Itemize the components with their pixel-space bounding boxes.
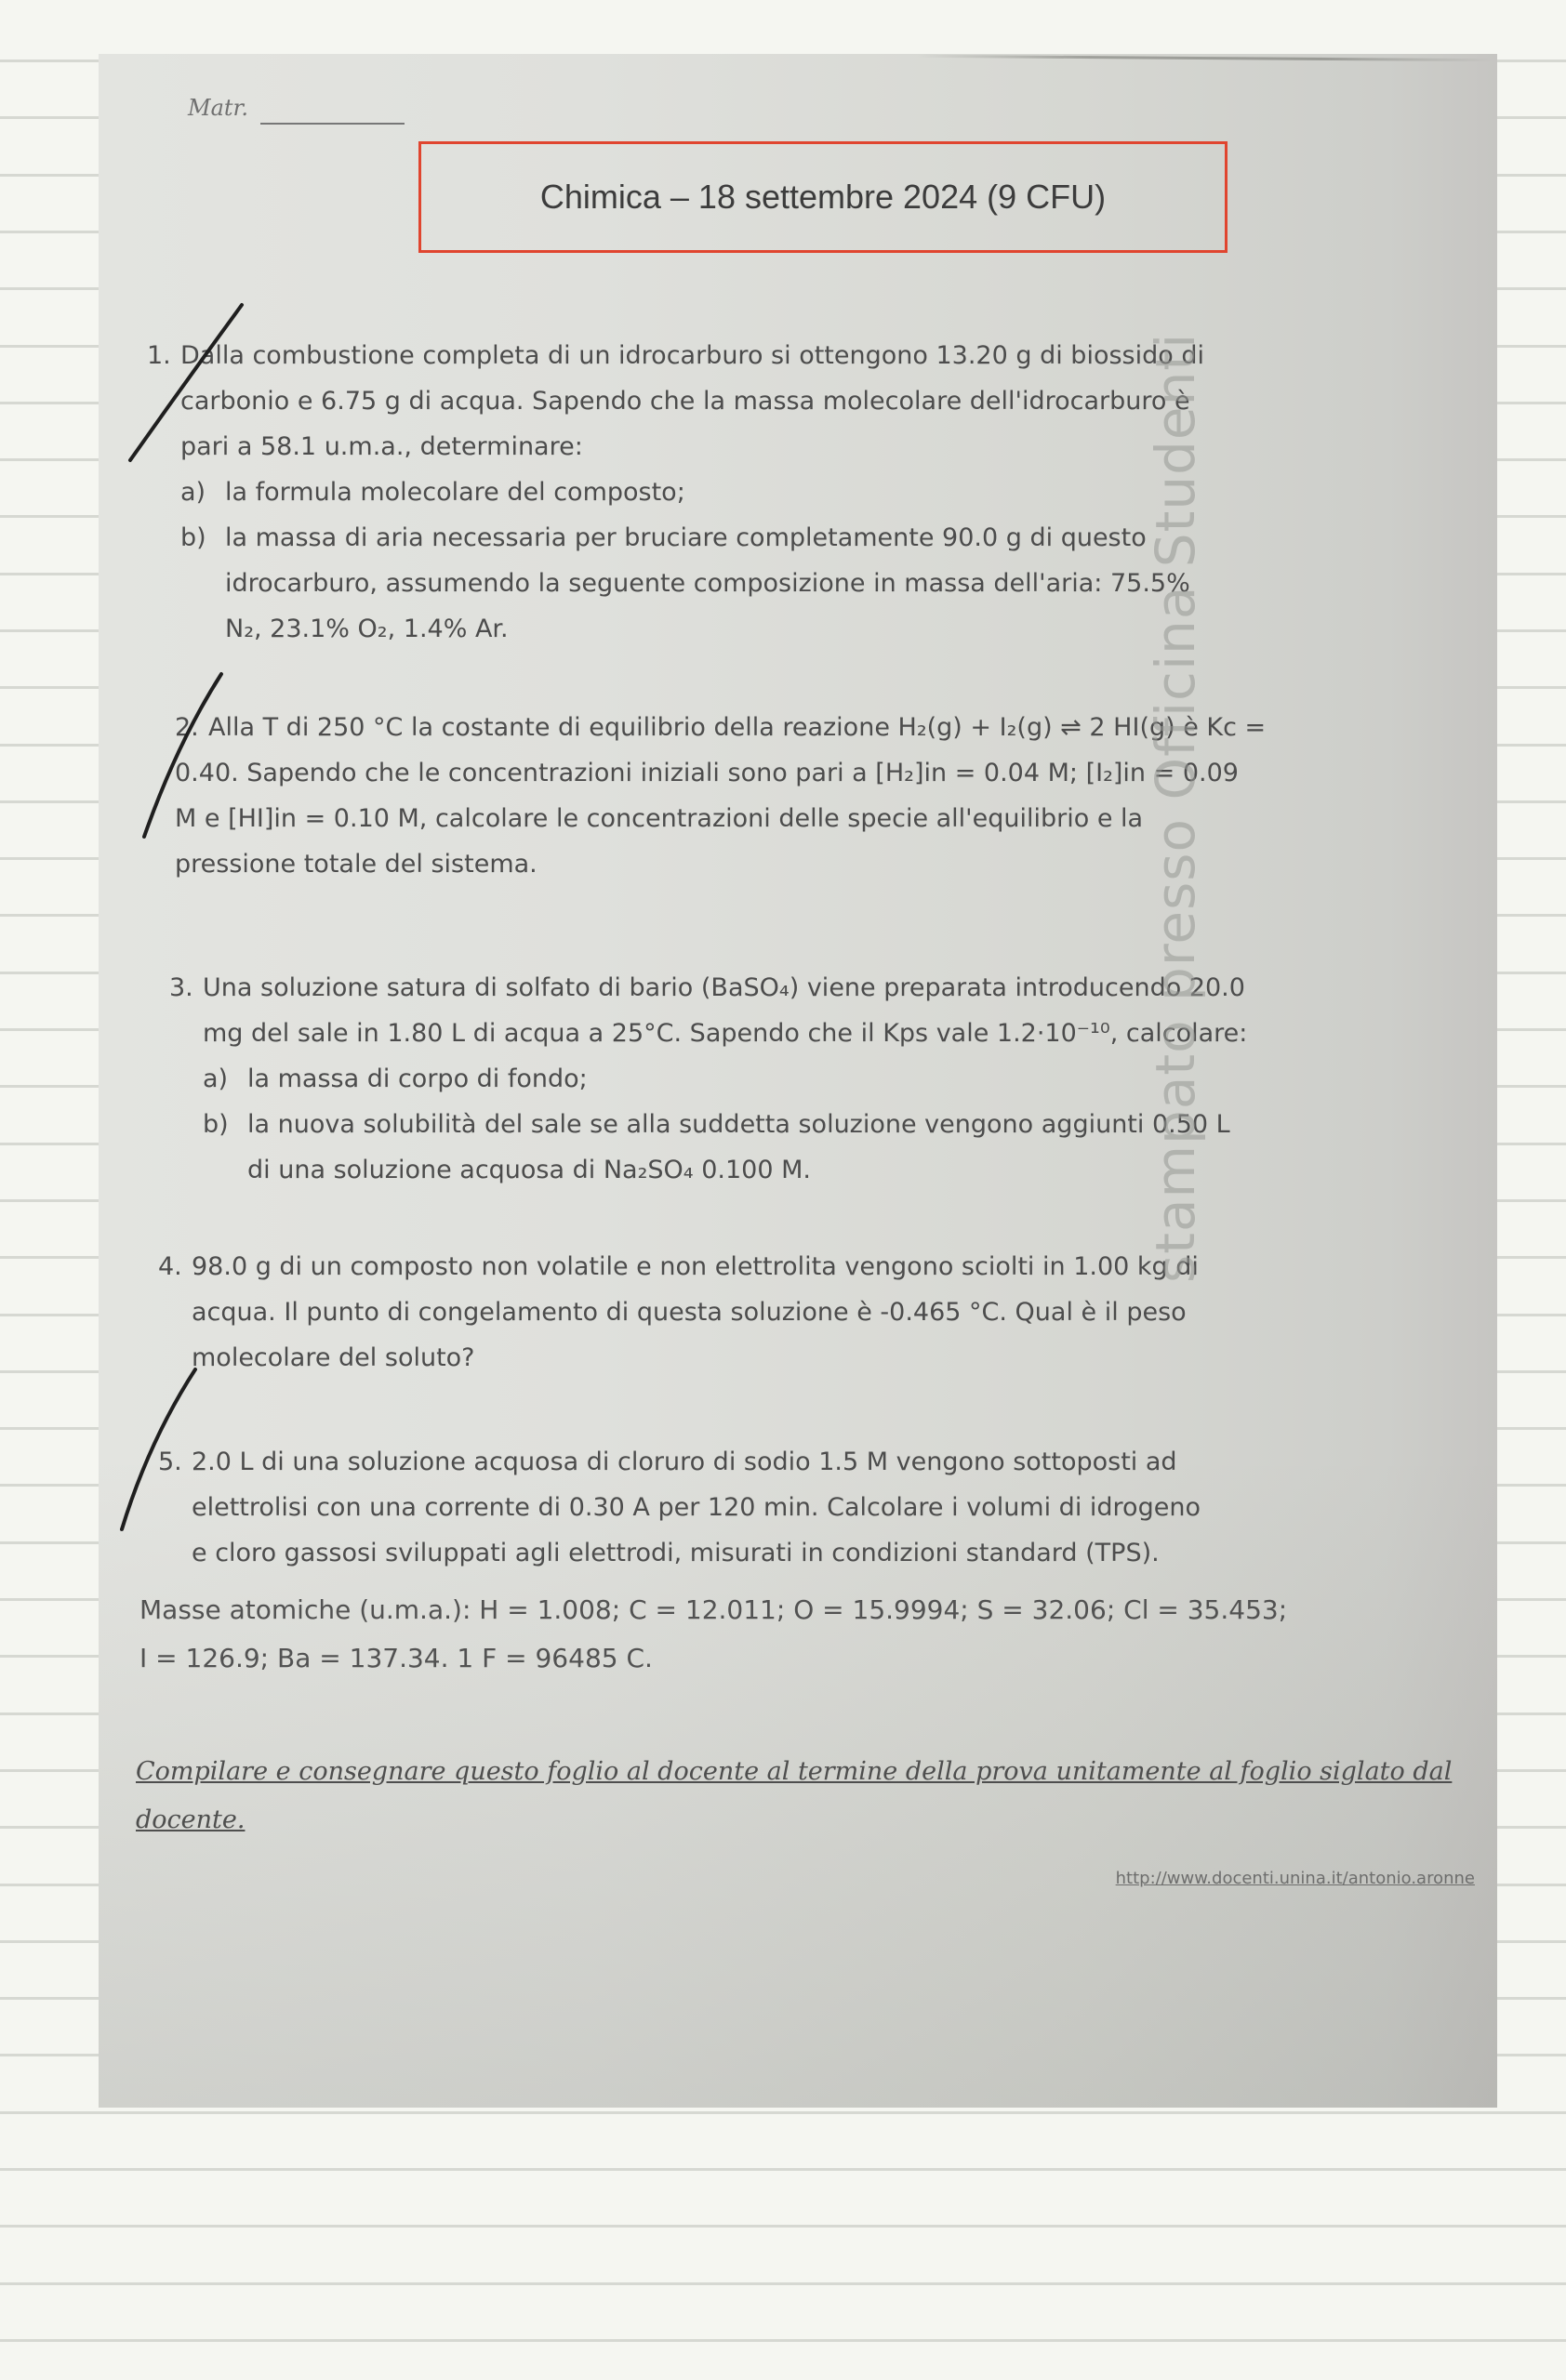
exam-title: Chimica – 18 settembre 2024 (9 CFU) (540, 178, 1106, 217)
question-1-part-a: a)la formula molecolare del composto; (147, 469, 1486, 515)
print-watermark: stampato presso Officina Studenti (1144, 446, 1207, 1283)
notebook-rule-line (0, 2282, 1566, 2285)
notebook-rule-line (0, 2339, 1566, 2342)
question-3-part-b: b)la nuova solubilità del sale se alla s… (169, 1102, 1490, 1147)
notebook-rule-line (0, 2225, 1566, 2228)
atomic-masses: Masse atomiche (u.m.a.): H = 1.008; C = … (139, 1586, 1287, 1683)
exam-sheet: Matr. Chimica – 18 settembre 2024 (9 CFU… (99, 54, 1497, 2108)
question-5: 5.2.0 L di una soluzione acquosa di clor… (158, 1439, 1497, 1576)
question-2: 2.Alla T di 250 °C la costante di equili… (175, 705, 1495, 887)
matriculation-blank (260, 123, 405, 125)
question-number: 5. (158, 1439, 192, 1485)
question-4: 4.98.0 g di un composto non volatile e n… (158, 1244, 1497, 1381)
question-3: 3.Una soluzione satura di solfato di bar… (169, 965, 1490, 1193)
question-number: 4. (158, 1244, 192, 1289)
notebook-rule-line (0, 2168, 1566, 2171)
notebook-rule-line (0, 2111, 1566, 2114)
question-number: 1. (147, 333, 180, 378)
top-edge-stroke (917, 55, 1493, 61)
matriculation-label: Matr. (188, 95, 248, 121)
instructor-url[interactable]: http://www.docenti.unina.it/antonio.aron… (1116, 1869, 1475, 1888)
question-1: 1.Dalla combustione completa di un idroc… (147, 333, 1486, 652)
question-3-part-a: a)la massa di corpo di fondo; (169, 1056, 1490, 1102)
question-number: 2. (175, 705, 208, 750)
question-1-part-b: b)la massa di aria necessaria per brucia… (147, 515, 1486, 561)
question-number: 3. (169, 965, 203, 1011)
exam-title-box: Chimica – 18 settembre 2024 (9 CFU) (418, 141, 1228, 253)
submission-instructions: Compilare e consegnare questo foglio al … (136, 1748, 1475, 1844)
